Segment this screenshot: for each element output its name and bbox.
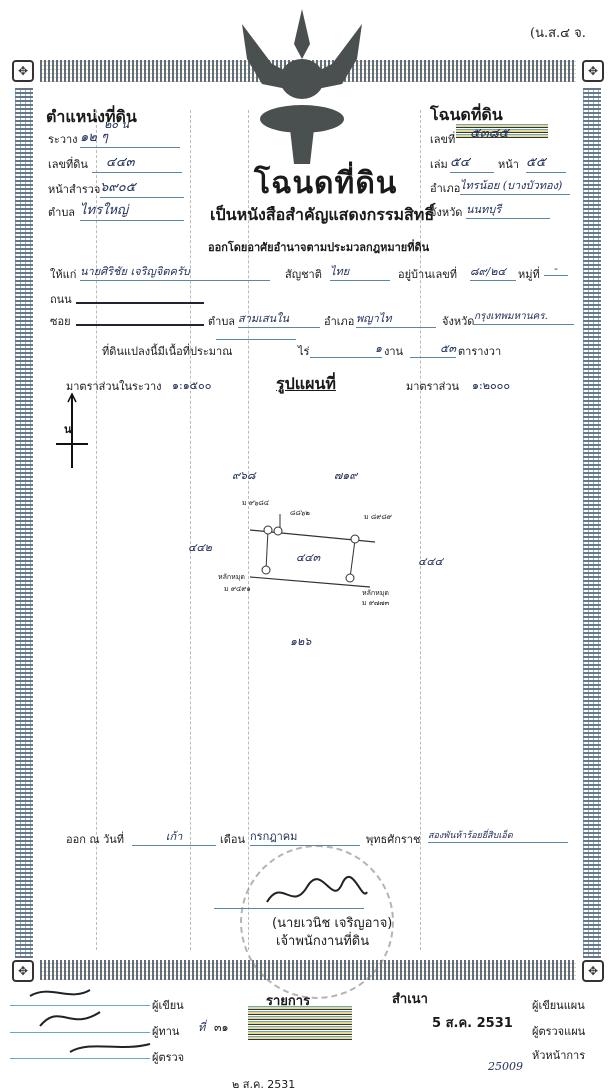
checker-label: ผู้ตรวจ [152, 1048, 184, 1066]
road-value [76, 290, 204, 304]
issued-month: กรกฎาคม [250, 827, 360, 846]
issued-date-label: ออก ณ วันที่ [66, 830, 124, 848]
north-arrow-icon [52, 390, 92, 470]
footer-signatures-icon [10, 982, 160, 1062]
subtitle: เป็นหนังสือสำคัญแสดงกรรมสิทธิ์ [210, 203, 434, 228]
owner-amphoe-label: อำเภอ [324, 312, 354, 330]
corner-ornament-icon: ✥ [12, 60, 34, 82]
form-code: (น.ส.๔ จ. [530, 22, 586, 43]
rawang-value: ๑๒ ๆ [80, 126, 180, 148]
neighbor-parcel: ๔๔๔ [418, 552, 443, 570]
neighbor-parcel: ๗๑๙ [334, 466, 357, 484]
deed-number-label: เลขที่ [430, 130, 455, 148]
area-ngan-value: ๑ [310, 339, 382, 358]
owner-province-label: จังหวัด [442, 312, 474, 330]
issued-year-label: พุทธศักราช [366, 830, 420, 848]
nationality-value: ไทย [330, 262, 390, 281]
area-sqwa-label: ตารางวา [458, 342, 501, 360]
map-checker-label: ผู้ตรวจแผน [532, 1022, 585, 1040]
marker-label: ม ๙๔๙๑ [224, 584, 254, 595]
neighbor-parcel: ๑๒๖ [290, 632, 311, 650]
left-border [15, 88, 33, 958]
register-date: ๒ ส.ค. 2531 [232, 1075, 295, 1089]
corner-ornament-icon: ✥ [582, 960, 604, 982]
moo-value: - [544, 262, 568, 276]
garuda-emblem-icon [232, 4, 372, 164]
soi-value [76, 312, 204, 326]
corner-ornament-icon: ✥ [12, 960, 34, 982]
map-writer-label: ผู้เขียนแผน [532, 996, 585, 1014]
main-title: โฉนดที่ดิน [254, 160, 397, 207]
issued-day: เก้า [132, 827, 216, 846]
road-label: ถนน [50, 290, 72, 308]
province-label: จังหวัด [430, 203, 462, 221]
owner-name: นายศิริชัย เจริญจิตครับ [80, 262, 270, 281]
owner-amphoe-value: พญาไท [356, 309, 436, 328]
reviewer-label: ผู้ทาน [152, 1022, 179, 1040]
marker-label: ม ๘๙๘๙ [364, 512, 394, 523]
area-intro: ที่ดินแปลงนี้มีเนื้อที่ประมาณ [102, 342, 232, 360]
official-signature-icon [262, 872, 372, 912]
register-no: ๓๑ [214, 1018, 229, 1036]
issued-month-label: เดือน [220, 830, 245, 848]
rawang-label: ระวาง [48, 130, 78, 148]
nationality-label: สัญชาติ [285, 265, 322, 283]
register-no-label: ที่ [198, 1018, 205, 1036]
area-rai-value [216, 339, 296, 340]
issued-by: ออกโดยอาศัยอำนาจตามประมวลกฎหมายที่ดิน [208, 238, 429, 256]
deed-number-value: ๕๓๘๕ [470, 122, 509, 143]
area-rai-label: ไร่ [298, 342, 309, 360]
register-stamp-box [248, 1006, 352, 1040]
copy-code: 25009 [488, 1060, 523, 1073]
moo-label: หมู่ที่ [518, 265, 540, 283]
owner-tambon-value: สามเสนใน [238, 309, 320, 328]
right-border [583, 88, 601, 958]
writer-label: ผู้เขียน [152, 996, 184, 1014]
amphoe-value: ไทรน้อย (บางบัวทอง) [460, 176, 570, 195]
copy-title: สำเนา [392, 988, 428, 1009]
book-label: เล่ม [430, 155, 448, 173]
book-value: ๕๔ [450, 151, 494, 173]
survey-page-value: ๖๙๐๕ [100, 176, 184, 198]
boundary-note: หลักหมุด [218, 572, 245, 583]
area-sqwa-value: ๕๓ [410, 339, 456, 358]
parcel-number: ๔๔๓ [296, 548, 320, 566]
marker-label: ๘๘๖๒ [290, 508, 310, 519]
owner-province-value: กรุงเทพมหานคร. [474, 309, 574, 325]
rawang-scale-value: ๑:๑๕๐๐ [172, 376, 211, 394]
survey-page-label: หน้าสำรวจ [48, 180, 100, 198]
neighbor-parcel: ๙๖๘ [232, 466, 256, 484]
owner-tambon-label: ตำบล [208, 312, 235, 330]
land-no-label: เลขที่ดิน [48, 155, 88, 173]
location-tambon-label: ตำบล [48, 203, 75, 221]
amphoe-label: อำเภอ [430, 179, 460, 197]
location-tambon-value: ไทรใหญ่ [80, 199, 184, 221]
boundary-note: หลักหมุด [362, 588, 389, 599]
corner-ornament-icon: ✥ [582, 60, 604, 82]
map-scale-label: มาตราส่วน [406, 377, 459, 395]
map-title: รูปแผนที่ [276, 372, 336, 397]
marker-label: ม ๙๖๘๔ [242, 498, 272, 509]
north-label: น [64, 420, 72, 438]
area-ngan-label: งาน [384, 342, 403, 360]
marker-label: ม ๙๗๗๓ [362, 598, 392, 609]
land-no-value: ๔๔๓ [92, 151, 182, 173]
province-value: นนทบุรี [466, 200, 550, 219]
neighbor-parcel: ๔๔๒ [188, 538, 212, 556]
official-title: เจ้าพนักงานที่ดิน [276, 930, 369, 951]
page-value: ๕๕ [526, 151, 566, 173]
soi-label: ซอย [50, 312, 71, 330]
page-label: หน้า [498, 155, 519, 173]
section-head-label: หัวหน้าการ [532, 1046, 585, 1064]
house-no-label: อยู่บ้านเลขที่ [398, 265, 457, 283]
copy-date: 5 ส.ค. 2531 [432, 1012, 513, 1033]
issued-year: สองพันห้าร้อยยี่สิบเอ็ด [428, 828, 568, 843]
map-scale-value: ๑:๒๐๐๐ [472, 376, 510, 394]
owner-to-label: ให้แก่ [50, 265, 76, 283]
house-no-value: ๘๙/๒๔ [470, 262, 516, 281]
